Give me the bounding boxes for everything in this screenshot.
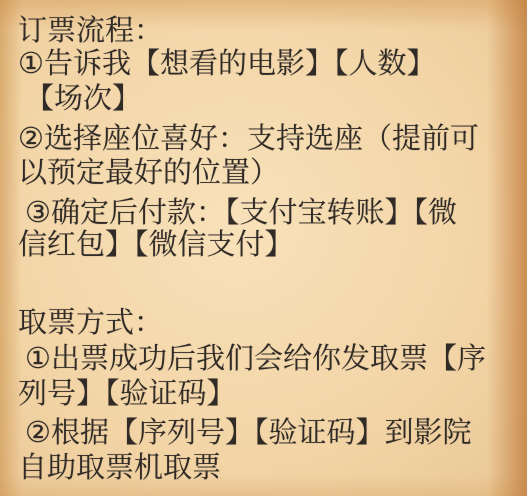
- booking-step-1-cont: 【场次】: [25, 81, 141, 115]
- pickup-step-2-cont: 自助取票机取票: [18, 450, 221, 484]
- booking-step-2-cont: 以预定最好的位置）: [18, 155, 279, 189]
- ticket-instructions-document: 订票流程： ①告诉我【想看的电影】【人数】 【场次】 ②选择座位喜好：支持选座（…: [0, 0, 527, 496]
- booking-step-3: ③确定后付款：【支付宝转账】【微: [25, 195, 457, 229]
- booking-step-3-cont: 信红包】【微信支付】: [18, 227, 294, 261]
- pickup-step-2: ②根据【序列号】【验证码】到影院: [25, 415, 472, 449]
- booking-heading: 订票流程：: [18, 13, 163, 47]
- pickup-step-1: ①出票成功后我们会给你发取票【序: [25, 341, 486, 375]
- booking-step-2: ②选择座位喜好：支持选座（提前可: [18, 121, 479, 155]
- pickup-heading: 取票方式：: [18, 305, 163, 339]
- pickup-step-1-cont: 列号】【验证码】: [18, 376, 236, 410]
- booking-step-1: ①告诉我【想看的电影】【人数】: [18, 46, 436, 80]
